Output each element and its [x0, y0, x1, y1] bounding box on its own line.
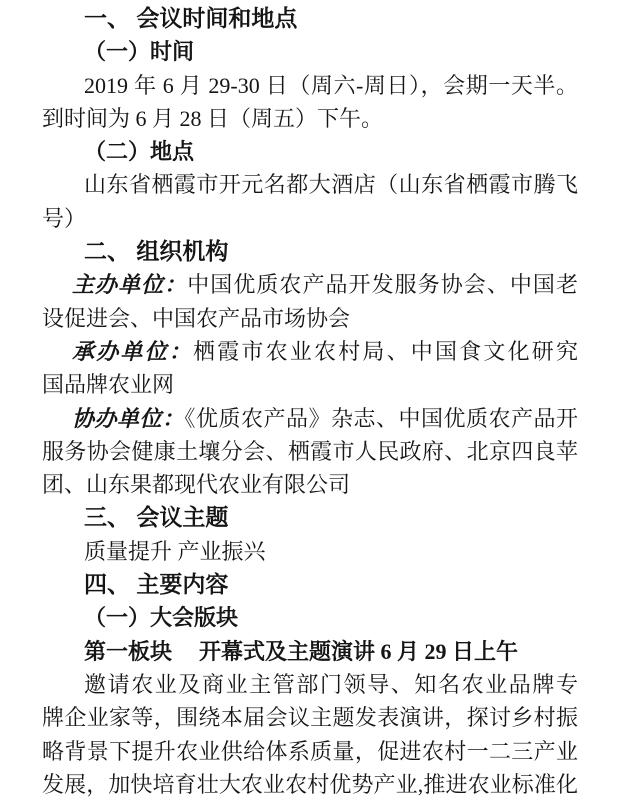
heading-section-4: 四、 主要内容: [42, 568, 578, 601]
paragraph-intro-line-1: 邀请农业及商业主管部门领导、知名农业品牌专家、品: [42, 668, 578, 701]
document-body: 一、 会议时间和地点 （一）时间 2019 年 6 月 29-30 日（周六-周…: [42, 2, 578, 801]
paragraph-organizer-line-1: 承办单位：栖霞市农业农村局、中国食文化研究会、中: [42, 335, 578, 368]
host-lead-label: 主办单位：: [72, 272, 187, 297]
block-1-title: 第一板块开幕式及主题演讲 6 月 29 日上午: [42, 635, 578, 668]
paragraph-time-line-2: 到时间为 6 月 28 日（周五）下午。: [42, 102, 578, 135]
paragraph-organizer-line-2: 国品牌农业网: [42, 368, 578, 401]
paragraph-intro-line-4: 发展，加快培育壮大农业农村优势产业,推进农业标准化规范: [42, 768, 578, 801]
paragraph-intro-line-3: 略背景下提升农业供给体系质量，促进农村一二三产业融合: [42, 735, 578, 768]
heading-section-2: 二、 组织机构: [42, 235, 578, 268]
block-1-subject: 开幕式及主题演讲 6 月 29 日上午: [199, 639, 518, 664]
paragraph-coorganizer-line-3: 团、山东果都现代农业有限公司: [42, 468, 578, 501]
paragraph-host-line-2: 设促进会、中国农产品市场协会: [42, 302, 578, 335]
paragraph-coorganizer-line-1: 协办单位：《优质农产品》杂志、中国优质农产品开发: [42, 402, 578, 435]
heading-section-3: 三、 会议主题: [42, 501, 578, 534]
heading-section-1: 一、 会议时间和地点: [42, 2, 578, 35]
subheading-4-1-plenary: （一）大会版块: [42, 601, 578, 634]
document-page: 一、 会议时间和地点 （一）时间 2019 年 6 月 29-30 日（周六-周…: [0, 0, 627, 804]
organizer-lead-label: 承办单位：: [72, 339, 193, 364]
paragraph-venue-line-2: 号）: [42, 202, 578, 235]
paragraph-time-line-1: 2019 年 6 月 29-30 日（周六-周日），会期一天半。报: [42, 69, 578, 102]
paragraph-coorganizer-line-2: 服务协会健康土壤分会、栖霞市人民政府、北京四良苹果集: [42, 435, 578, 468]
block-1-label: 第一板块: [84, 639, 172, 664]
subheading-1-1-time: （一）时间: [42, 35, 578, 68]
subheading-1-2-venue: （二）地点: [42, 135, 578, 168]
paragraph-venue-line-1: 山东省栖霞市开元名都大酒店（山东省栖霞市腾飞路 55: [42, 168, 578, 201]
paragraph-intro-line-2: 牌企业家等，围绕本届会议主题发表演讲，探讨乡村振兴战: [42, 701, 578, 734]
coorganizer-lead-label: 协办单位：: [72, 406, 185, 431]
paragraph-host-line-1: 主办单位：中国优质农产品开发服务协会、中国老区建: [42, 268, 578, 301]
paragraph-theme: 质量提升 产业振兴: [42, 535, 578, 568]
